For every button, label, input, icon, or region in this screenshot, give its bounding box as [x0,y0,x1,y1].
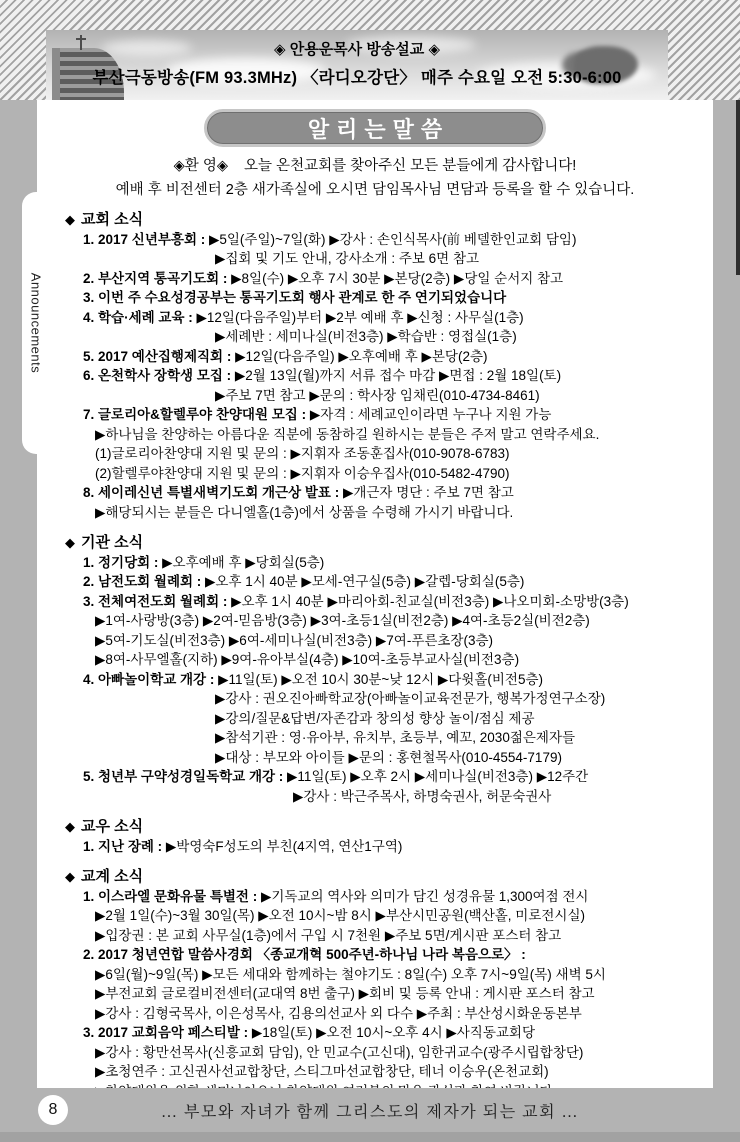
item-line: 3. 2017 교회음악 페스티발 : ▶18일(토) ▶오전 10시~오후 4… [65,1023,713,1043]
section-title: ◆교우 소식 [65,817,713,837]
header-photo-banner: ◈ 안용운목사 방송설교 ◈ 부산극동방송(FM 93.3MHz) 〈라디오강단… [46,30,668,100]
item-cont-line: (2)할렐루야찬양대 지원 및 문의 : ▶지휘자 이승우집사(010-5482… [65,464,713,484]
section-label: 교우 소식 [81,818,143,835]
item-detail: ▶11일(토) ▶오전 10시 30분~낮 12시 ▶다윗홀(비전5층) [218,672,543,687]
item-detail: ▶오후 1시 40분 ▶마리아회-친교실(비전3층) ▶나오미회-소망방(3층) [231,594,629,609]
item-title: 2. 남전도회 월례회 : [83,574,205,589]
welcome-line-1: ◈환 영◈오늘 온천교회를 찾아주신 모든 분들에게 감사합니다! [37,154,713,175]
item-line: 2. 남전도회 월례회 : ▶오후 1시 40분 ▶모세-연구실(5층) ▶갈렙… [65,572,713,592]
broadcast-header: ◈ 안용운목사 방송설교 ◈ 부산극동방송(FM 93.3MHz) 〈라디오강단… [46,30,668,88]
item-cont-line: ▶강의/질문&답변/자존감과 창의성 향상 놀이/점심 제공 [65,709,713,729]
item-detail: ▶오후 1시 40분 ▶모세-연구실(5층) ▶갈렙-당회실(5층) [205,574,524,589]
item-cont-line: ▶강사 : 박근주목사, 하명숙권사, 허문숙권사 [65,787,713,807]
section: ◆교회 소식1. 2017 신년부흥회 : ▶5일(주일)~7일(화) ▶강사 … [37,210,713,522]
item-cont-line: ▶입장권 : 본 교회 사무실(1층)에서 구입 시 7천원 ▶주보 5면/게시… [65,926,713,946]
bulletin-page: ◈ 안용운목사 방송설교 ◈ 부산극동방송(FM 93.3MHz) 〈라디오강단… [0,0,740,1142]
item-cont-line: ▶강사 : 김형국목사, 이은성목사, 김용의선교사 외 다수 ▶주최 : 부산… [65,1004,713,1024]
item-cont-line: ▶6일(월)~9일(목) ▶모든 세대와 함께하는 철야기도 : 8일(수) 오… [65,965,713,985]
section-items: 1. 이스라엘 문화유물 특별전 : ▶기독교의 역사와 의미가 담긴 성경유물… [65,887,713,1089]
item-cont-line: ▶해당되시는 분들은 다니엘홀(1층)에서 상품을 수령해 가시기 바랍니다. [65,503,713,523]
section-items: 1. 2017 신년부흥회 : ▶5일(주일)~7일(화) ▶강사 : 손인식목… [65,230,713,523]
item-title: 1. 정기당회 : [83,555,162,570]
item-title: 1. 지난 장례 : [83,839,166,854]
section-title: ◆교계 소식 [65,867,713,887]
section-diamond-icon: ◆ [65,212,75,227]
item-line: 5. 2017 예산집행제직회 : ▶12일(다음주일) ▶오후예배 후 ▶본당… [65,347,713,367]
section-label: 교계 소식 [81,868,143,885]
section-label: 교회 소식 [81,211,143,228]
item-cont-line: ▶세례반 : 세미나실(비전3층) ▶학습반 : 영접실(1층) [65,327,713,347]
item-line: 8. 세이레신년 특별새벽기도회 개근상 발표 : ▶개근자 명단 : 주보 7… [65,483,713,503]
item-title: 2. 부산지역 통곡기도회 : [83,271,231,286]
section-items: 1. 지난 장례 : ▶박영숙F성도의 부친(4지역, 연산1구역) [65,837,713,857]
item-cont-line: ▶2월 1일(수)~3월 30일(목) ▶오전 10시~밤 8시 ▶부산시민공원… [65,906,713,926]
item-title: 4. 아빠놀이학교 개강 : [83,672,218,687]
item-title: 1. 이스라엘 문화유물 특별전 : [83,889,261,904]
item-line: 1. 정기당회 : ▶오후예배 후 ▶당회실(5층) [65,553,713,573]
item-cont-line: ▶하나님을 찬양하는 아름다운 직분에 동참하길 원하시는 분들은 주저 말고 … [65,425,713,445]
section-diamond-icon: ◆ [65,869,75,884]
item-cont-line: ▶초청연주 : 고신권사선교합창단, 스티그마선교합창단, 테너 이승우(온천교… [65,1062,713,1082]
welcome-line-2: 예배 후 비전센터 2층 새가족실에 오시면 담임목사님 면담과 등록을 할 수… [37,178,713,199]
item-title: 1. 2017 신년부흥회 : [83,232,209,247]
content-area: 알리는말씀 ◈환 영◈오늘 온천교회를 찾아주신 모든 분들에게 감사합니다! … [37,100,713,1088]
item-detail: ▶12일(다음주일) ▶오후예배 후 ▶본당(2층) [235,349,487,364]
item-cont-line: ▶대상 : 부모와 아이들 ▶문의 : 홍현철목사(010-4554-7179) [65,748,713,768]
item-title: 6. 온천학사 장학생 모집 : [83,368,235,383]
item-cont-line: ▶참석기관 : 영·유아부, 유치부, 초등부, 예꼬, 2030젊은제자들 [65,728,713,748]
item-cont-line: (1)글로리아찬양대 지원 및 문의 : ▶지휘자 조동훈집사(010-9078… [65,444,713,464]
section: ◆기관 소식1. 정기당회 : ▶오후예배 후 ▶당회실(5층)2. 남전도회 … [37,533,713,806]
item-line: 1. 이스라엘 문화유물 특별전 : ▶기독교의 역사와 의미가 담긴 성경유물… [65,887,713,907]
item-detail: ▶박영숙F성도의 부친(4지역, 연산1구역) [166,839,402,854]
side-tab: Announcements [22,192,50,454]
section-diamond-icon: ◆ [65,819,75,834]
item-cont-line: ▶5여-기도실(비전3층) ▶6여-세미나실(비전3층) ▶7여-푸른초장(3층… [65,631,713,651]
title-banner: 알리는말씀 [204,109,546,147]
item-detail: ▶오후예배 후 ▶당회실(5층) [162,555,324,570]
item-line: 5. 청년부 구약성경일독학교 개강 : ▶11일(토) ▶오후 2시 ▶세미나… [65,767,713,787]
item-title: 3. 이번 주 수요성경공부는 통곡기도회 행사 관계로 한 주 연기되었습니다 [83,290,506,305]
item-line: 2. 2017 청년연합 말씀사경회 〈종교개혁 500주년-하나님 나라 복음… [65,945,713,965]
section-items: 1. 정기당회 : ▶오후예배 후 ▶당회실(5층)2. 남전도회 월례회 : … [65,553,713,807]
item-line: 3. 전체여전도회 월례회 : ▶오후 1시 40분 ▶마리아회-친교실(비전3… [65,592,713,612]
item-cont-line: ▶집회 및 기도 안내, 강사소개 : 주보 6면 참고 [65,249,713,269]
footer-motto: … 부모와 자녀가 함께 그리스도의 제자가 되는 교회 … [0,1099,740,1122]
item-line: 1. 2017 신년부흥회 : ▶5일(주일)~7일(화) ▶강사 : 손인식목… [65,230,713,250]
item-title: 7. 글로리아&할렐루야 찬양대원 모집 : [83,407,310,422]
item-title: 5. 청년부 구약성경일독학교 개강 : [83,769,287,784]
item-detail: ▶5일(주일)~7일(화) ▶강사 : 손인식목사(前 베델한인교회 담임) [209,232,576,247]
item-detail: ▶11일(토) ▶오후 2시 ▶세미나실(비전3층) ▶12주간 [287,769,588,784]
item-cont-line: ▶강사 : 황만선목사(신흥교회 담임), 안 민교수(고신대), 임한귀교수(… [65,1043,713,1063]
item-line: 6. 온천학사 장학생 모집 : ▶2월 13일(월)까지 서류 접수 마감 ▶… [65,366,713,386]
broadcast-schedule-line: 부산극동방송(FM 93.3MHz) 〈라디오강단〉 매주 수요일 오전 5:3… [46,64,668,88]
item-cont-line: ▶8여-사무엘홀(지하) ▶9여-유아부실(4층) ▶10여-초등부교사실(비전… [65,650,713,670]
item-detail: ▶기독교의 역사와 의미가 담긴 성경유물 1,300여점 전시 [261,889,589,904]
title-banner-label: 알리는말씀 [301,113,449,144]
section-diamond-icon: ◆ [65,535,75,550]
item-cont-line: ▶주보 7면 참고 ▶문의 : 학사장 임채린(010-4734-8461) [65,386,713,406]
item-detail: ▶개근자 명단 : 주보 7면 참고 [343,485,514,500]
welcome-badge: ◈환 영◈ [174,158,228,174]
item-detail: ▶12일(다음주일)부터 ▶2부 예배 후 ▶신청 : 사무실(1층) [197,310,524,325]
item-cont-line: ▶부전교회 글로컬비전센터(교대역 8번 출구) ▶회비 및 등록 안내 : 게… [65,984,713,1004]
section-label: 기관 소식 [81,534,143,551]
item-line: 1. 지난 장례 : ▶박영숙F성도의 부친(4지역, 연산1구역) [65,837,713,857]
sections: ◆교회 소식1. 2017 신년부흥회 : ▶5일(주일)~7일(화) ▶강사 … [37,210,713,1088]
side-tab-label: Announcements [29,273,44,373]
scan-artifact-line [736,100,740,275]
item-line: 2. 부산지역 통곡기도회 : ▶8일(수) ▶오후 7시 30분 ▶본당(2층… [65,269,713,289]
item-cont-line: ▶강사 : 권오진아빠학교장(아빠놀이교육전문가, 행복가정연구소장) [65,689,713,709]
item-detail: ▶18일(토) ▶오전 10시~오후 4시 ▶사직동교회당 [252,1025,535,1040]
welcome-text-1: 오늘 온천교회를 찾아주신 모든 분들에게 감사합니다! [244,158,576,174]
section: ◆교계 소식1. 이스라엘 문화유물 특별전 : ▶기독교의 역사와 의미가 담… [37,867,713,1088]
item-detail: ▶자격 : 세례교인이라면 누구나 지원 가능 [310,407,552,422]
item-detail: ▶2월 13일(월)까지 서류 접수 마감 ▶면접 : 2월 18일(토) [235,368,561,383]
section-title: ◆교회 소식 [65,210,713,230]
item-title: 2. 2017 청년연합 말씀사경회 〈종교개혁 500주년-하나님 나라 복음… [83,947,526,962]
section-title: ◆기관 소식 [65,533,713,553]
item-line: 4. 아빠놀이학교 개강 : ▶11일(토) ▶오전 10시 30분~낮 12시… [65,670,713,690]
broadcast-title-line: ◈ 안용운목사 방송설교 ◈ [46,38,668,59]
item-detail: ▶8일(수) ▶오후 7시 30분 ▶본당(2층) ▶당일 순서지 참고 [231,271,563,286]
item-line: 3. 이번 주 수요성경공부는 통곡기도회 행사 관계로 한 주 연기되었습니다 [65,288,713,308]
item-title: 5. 2017 예산집행제직회 : [83,349,235,364]
item-title: 4. 학습·세례 교육 : [83,310,197,325]
bottom-edge-shade [0,1132,740,1142]
item-line: 7. 글로리아&할렐루야 찬양대원 모집 : ▶자격 : 세례교인이라면 누구나… [65,405,713,425]
item-title: 3. 2017 교회음악 페스티발 : [83,1025,252,1040]
item-title: 3. 전체여전도회 월례회 : [83,594,231,609]
item-title: 8. 세이레신년 특별새벽기도회 개근상 발표 : [83,485,343,500]
section: ◆교우 소식1. 지난 장례 : ▶박영숙F성도의 부친(4지역, 연산1구역) [37,817,713,856]
item-line: 4. 학습·세례 교육 : ▶12일(다음주일)부터 ▶2부 예배 후 ▶신청 … [65,308,713,328]
item-cont-line: ▶1여-사랑방(3층) ▶2여-믿음방(3층) ▶3여-초등1실(비전2층) ▶… [65,611,713,631]
